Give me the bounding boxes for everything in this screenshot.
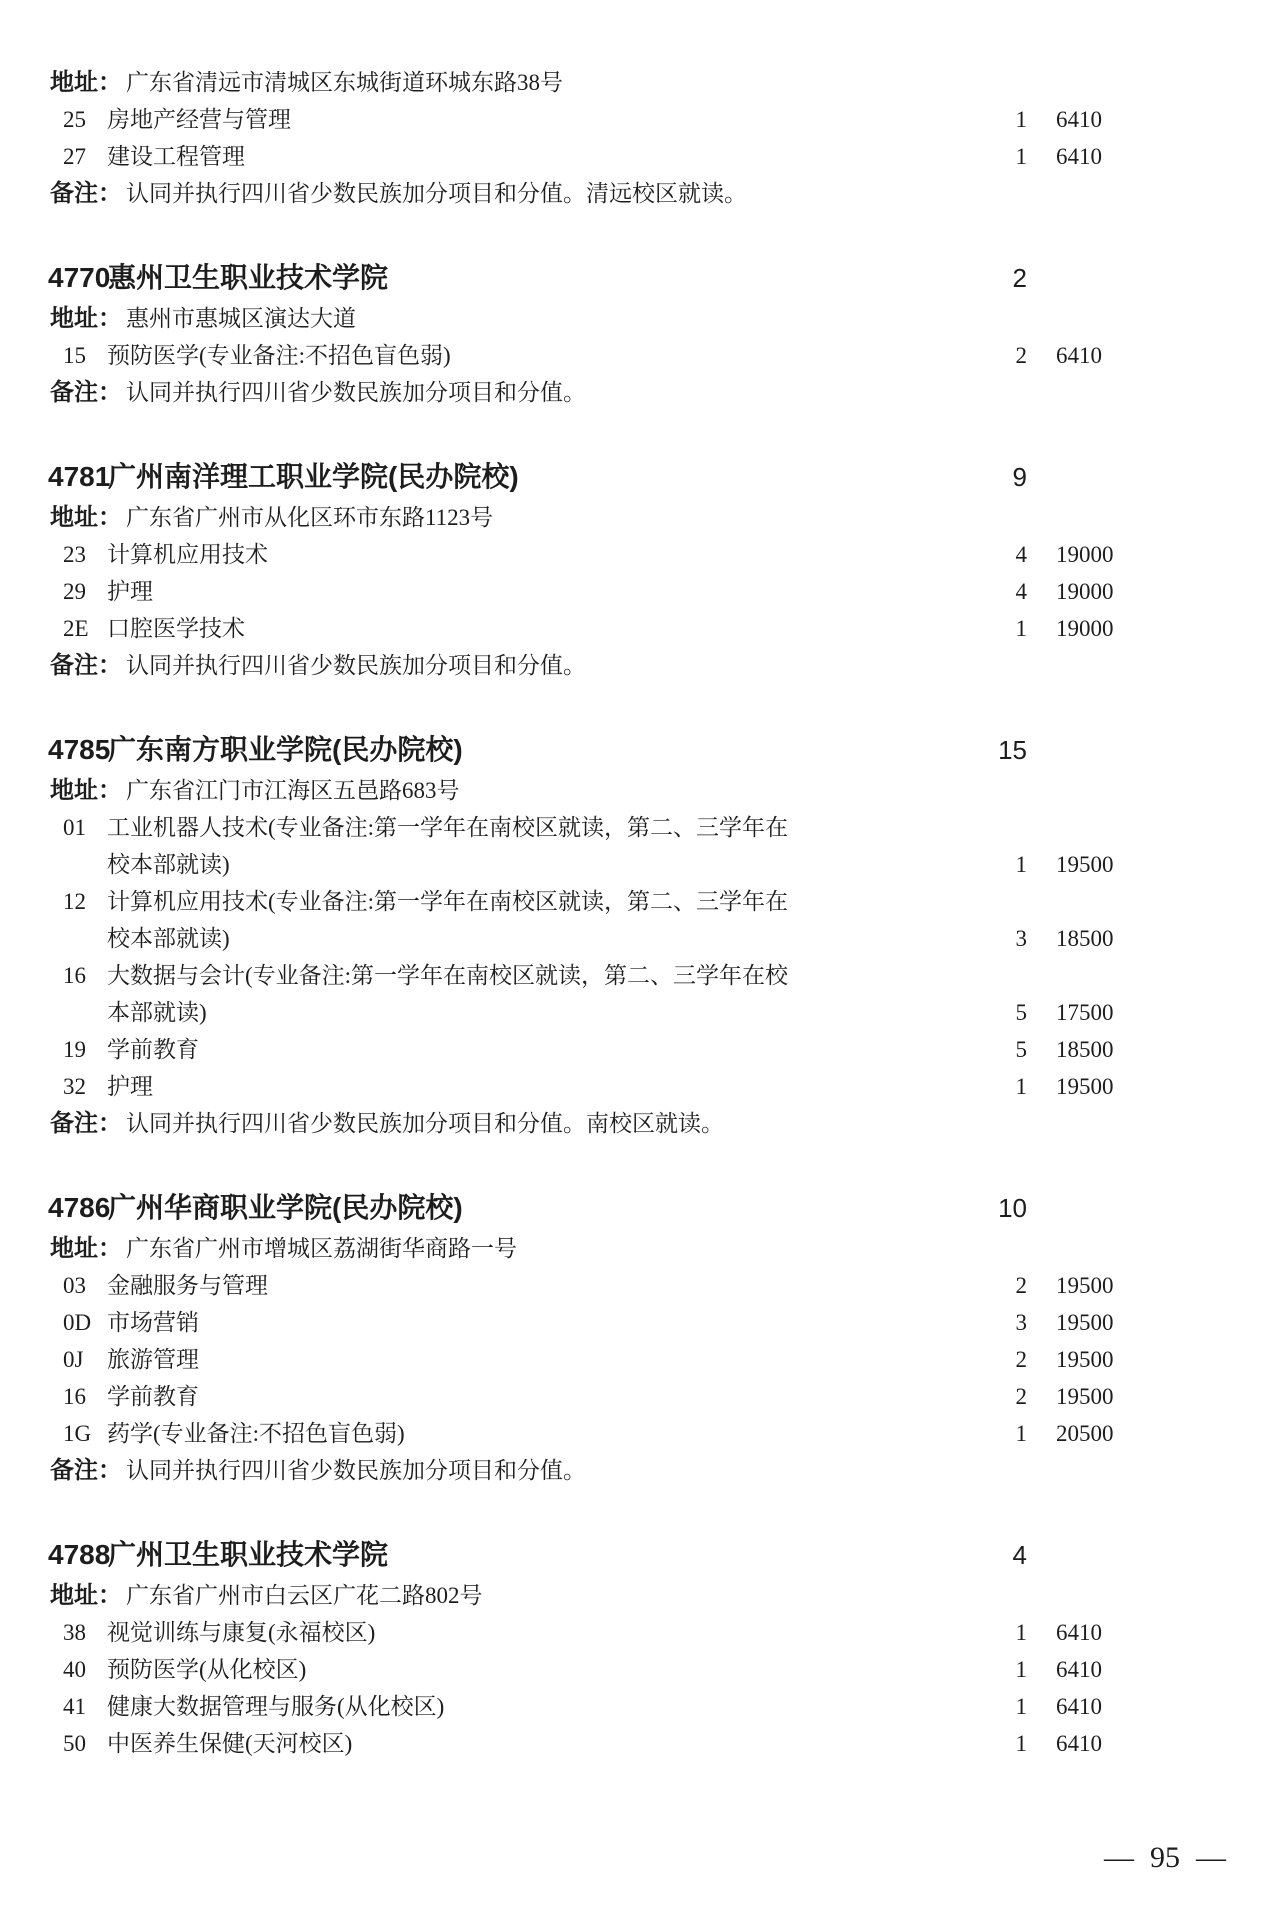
major-code: 01 (63, 809, 86, 846)
school-header-row: 4781广州南洋理工职业学院(民办院校)9 (0, 455, 1270, 499)
major-name: 视觉训练与康复(永福校区) (107, 1620, 375, 1645)
major-name: 市场营销 (107, 1310, 199, 1335)
major-row: 50中医养生保健(天河校区)16410 (0, 1725, 1270, 1762)
major-row: 0D市场营销319500 (0, 1304, 1270, 1341)
major-row: 25房地产经营与管理16410 (0, 101, 1270, 138)
school-code: 4786 (48, 1186, 108, 1230)
major-code: 03 (63, 1267, 86, 1304)
remark-text: 认同并执行四川省少数民族加分项目和分值。南校区就读。 (126, 1111, 724, 1136)
major-main: 32护理 (0, 1068, 797, 1105)
address-row: 地址：广东省江门市江海区五邑路683号 (0, 772, 1270, 809)
major-row: 29护理419000 (0, 573, 1270, 610)
major-code: 0D (63, 1304, 91, 1341)
remark-label: 备注： (50, 1110, 122, 1137)
remark-row: 备注：认同并执行四川省少数民族加分项目和分值。 (0, 374, 1270, 411)
address-row: 地址：广东省广州市白云区广花二路802号 (0, 1577, 1270, 1614)
school-section: 地址：广东省清远市清城区东城街道环城东路38号25房地产经营与管理1641027… (0, 64, 1270, 212)
remark-label: 备注： (50, 180, 122, 207)
major-count: 1 (797, 101, 1027, 138)
address-row: 地址：广东省广州市增城区荔湖街华商路一号 (0, 1230, 1270, 1267)
remark-label: 备注： (50, 652, 122, 679)
major-code: 50 (63, 1725, 86, 1762)
school-code: 4788 (48, 1533, 108, 1577)
major-count: 2 (797, 1267, 1027, 1304)
address-main: 地址：广东省江门市江海区五邑路683号 (0, 772, 1270, 809)
address-label: 地址： (50, 504, 122, 531)
major-count: 1 (797, 1614, 1027, 1651)
major-code: 16 (63, 957, 86, 994)
major-count: 4 (797, 573, 1027, 610)
major-main: 0J旅游管理 (0, 1341, 797, 1378)
major-code: 2E (63, 610, 89, 647)
major-count: 2 (797, 337, 1027, 374)
major-row: 38视觉训练与康复(永福校区)16410 (0, 1614, 1270, 1651)
address-label: 地址： (50, 777, 122, 804)
major-fee: 18500 (1027, 1031, 1140, 1068)
school-total: 4 (797, 1533, 1027, 1577)
remark-label: 备注： (50, 379, 122, 406)
major-fee: 19500 (1027, 846, 1140, 883)
major-count: 2 (797, 1378, 1027, 1415)
remark-main: 备注：认同并执行四川省少数民族加分项目和分值。 (0, 1452, 1270, 1489)
major-code: 40 (63, 1651, 86, 1688)
major-name: 中医养生保健(天河校区) (107, 1731, 352, 1756)
major-code: 27 (63, 138, 86, 175)
school-section: 4786广州华商职业学院(民办院校)10地址：广东省广州市增城区荔湖街华商路一号… (0, 1186, 1270, 1489)
major-fee: 6410 (1027, 1725, 1140, 1762)
major-name: 预防医学(从化校区) (107, 1657, 306, 1682)
major-count: 1 (797, 1068, 1027, 1105)
school-total: 9 (797, 455, 1027, 499)
major-name: 大数据与会计(专业备注:第一学年在南校区就读，第二、三学年在校本部就读) (107, 963, 788, 1025)
major-fee: 6410 (1027, 101, 1140, 138)
major-row: 0J旅游管理219500 (0, 1341, 1270, 1378)
major-code: 32 (63, 1068, 86, 1105)
major-fee: 6410 (1027, 1651, 1140, 1688)
school-header-main: 4781广州南洋理工职业学院(民办院校) (0, 455, 797, 499)
major-main: 12计算机应用技术(专业备注:第一学年在南校区就读，第二、三学年在校本部就读) (0, 883, 797, 957)
address-main: 地址：广东省广州市增城区荔湖街华商路一号 (0, 1230, 1270, 1267)
address-text: 惠州市惠城区演达大道 (126, 306, 356, 331)
school-section: 4770惠州卫生职业技术学院2地址：惠州市惠城区演达大道15预防医学(专业备注:… (0, 256, 1270, 411)
major-count: 4 (797, 536, 1027, 573)
school-header-main: 4785广东南方职业学院(民办院校) (0, 728, 797, 772)
remark-text: 认同并执行四川省少数民族加分项目和分值。 (126, 1458, 586, 1483)
major-code: 1G (63, 1415, 91, 1452)
remark-row: 备注：认同并执行四川省少数民族加分项目和分值。清远校区就读。 (0, 175, 1270, 212)
major-count: 5 (797, 994, 1027, 1031)
major-code: 25 (63, 101, 86, 138)
remark-main: 备注：认同并执行四川省少数民族加分项目和分值。清远校区就读。 (0, 175, 1270, 212)
school-header-main: 4788广州卫生职业技术学院 (0, 1533, 797, 1577)
major-name: 口腔医学技术 (107, 616, 245, 641)
major-fee: 19000 (1027, 573, 1140, 610)
school-section: 4781广州南洋理工职业学院(民办院校)9地址：广东省广州市从化区环市东路112… (0, 455, 1270, 684)
major-main: 01工业机器人技术(专业备注:第一学年在南校区就读，第二、三学年在校本部就读) (0, 809, 797, 883)
major-main: 29护理 (0, 573, 797, 610)
major-fee: 19500 (1027, 1267, 1140, 1304)
address-text: 广东省广州市白云区广花二路802号 (126, 1583, 483, 1608)
major-main: 50中医养生保健(天河校区) (0, 1725, 797, 1762)
school-total: 2 (797, 256, 1027, 300)
school-name: 广州南洋理工职业学院(民办院校) (108, 461, 519, 492)
major-row: 32护理119500 (0, 1068, 1270, 1105)
address-label: 地址： (50, 305, 122, 332)
address-row: 地址：广东省清远市清城区东城街道环城东路38号 (0, 64, 1270, 101)
major-main: 16学前教育 (0, 1378, 797, 1415)
major-count: 3 (797, 1304, 1027, 1341)
major-name: 金融服务与管理 (107, 1273, 268, 1298)
major-name: 护理 (107, 579, 153, 604)
school-name: 广州华商职业学院(民办院校) (108, 1192, 463, 1223)
address-main: 地址：广东省广州市白云区广花二路802号 (0, 1577, 1270, 1614)
address-label: 地址： (50, 1582, 122, 1609)
remark-text: 认同并执行四川省少数民族加分项目和分值。 (126, 380, 586, 405)
major-fee: 20500 (1027, 1415, 1140, 1452)
address-label: 地址： (50, 69, 122, 96)
major-row: 1G药学(专业备注:不招色盲色弱)120500 (0, 1415, 1270, 1452)
major-row: 01工业机器人技术(专业备注:第一学年在南校区就读，第二、三学年在校本部就读)1… (0, 809, 1270, 883)
major-fee: 19500 (1027, 1068, 1140, 1105)
major-count: 1 (797, 138, 1027, 175)
major-count: 3 (797, 920, 1027, 957)
school-header-main: 4770惠州卫生职业技术学院 (0, 256, 797, 300)
major-main: 0D市场营销 (0, 1304, 797, 1341)
major-count: 1 (797, 1651, 1027, 1688)
address-label: 地址： (50, 1235, 122, 1262)
major-count: 1 (797, 1688, 1027, 1725)
major-row: 41健康大数据管理与服务(从化校区)16410 (0, 1688, 1270, 1725)
major-main: 38视觉训练与康复(永福校区) (0, 1614, 797, 1651)
major-fee: 19500 (1027, 1341, 1140, 1378)
remark-row: 备注：认同并执行四川省少数民族加分项目和分值。 (0, 647, 1270, 684)
major-code: 19 (63, 1031, 86, 1068)
major-main: 41健康大数据管理与服务(从化校区) (0, 1688, 797, 1725)
major-name: 药学(专业备注:不招色盲色弱) (107, 1421, 405, 1446)
school-code: 4770 (48, 256, 108, 300)
major-row: 16学前教育219500 (0, 1378, 1270, 1415)
major-main: 27建设工程管理 (0, 138, 797, 175)
footer-dash-left: — (1104, 1838, 1134, 1878)
major-name: 房地产经营与管理 (107, 107, 291, 132)
major-fee: 19500 (1027, 1304, 1140, 1341)
document-body: 地址：广东省清远市清城区东城街道环城东路38号25房地产经营与管理1641027… (0, 0, 1270, 1762)
major-name: 预防医学(专业备注:不招色盲色弱) (107, 343, 451, 368)
major-main: 1G药学(专业备注:不招色盲色弱) (0, 1415, 797, 1452)
address-text: 广东省清远市清城区东城街道环城东路38号 (126, 70, 563, 95)
major-code: 38 (63, 1614, 86, 1651)
major-row: 2E口腔医学技术119000 (0, 610, 1270, 647)
major-code: 29 (63, 573, 86, 610)
major-row: 16大数据与会计(专业备注:第一学年在南校区就读，第二、三学年在校本部就读)51… (0, 957, 1270, 1031)
major-name: 旅游管理 (107, 1347, 199, 1372)
major-count: 2 (797, 1341, 1027, 1378)
major-code: 15 (63, 337, 86, 374)
major-fee: 6410 (1027, 337, 1140, 374)
major-code: 23 (63, 536, 86, 573)
school-name: 惠州卫生职业技术学院 (108, 262, 388, 293)
remark-text: 认同并执行四川省少数民族加分项目和分值。清远校区就读。 (126, 181, 747, 206)
major-name: 学前教育 (107, 1384, 199, 1409)
major-name: 健康大数据管理与服务(从化校区) (107, 1694, 444, 1719)
remark-row: 备注：认同并执行四川省少数民族加分项目和分值。南校区就读。 (0, 1105, 1270, 1142)
school-total: 10 (797, 1186, 1027, 1230)
remark-text: 认同并执行四川省少数民族加分项目和分值。 (126, 653, 586, 678)
major-fee: 18500 (1027, 920, 1140, 957)
major-fee: 19000 (1027, 536, 1140, 573)
remark-main: 备注：认同并执行四川省少数民族加分项目和分值。南校区就读。 (0, 1105, 1270, 1142)
major-main: 25房地产经营与管理 (0, 101, 797, 138)
major-code: 12 (63, 883, 86, 920)
major-name: 护理 (107, 1074, 153, 1099)
school-header-row: 4786广州华商职业学院(民办院校)10 (0, 1186, 1270, 1230)
address-text: 广东省广州市从化区环市东路1123号 (126, 505, 493, 530)
major-main: 16大数据与会计(专业备注:第一学年在南校区就读，第二、三学年在校本部就读) (0, 957, 797, 1031)
remark-label: 备注： (50, 1457, 122, 1484)
major-count: 1 (797, 846, 1027, 883)
major-name: 建设工程管理 (107, 144, 245, 169)
major-name: 工业机器人技术(专业备注:第一学年在南校区就读，第二、三学年在校本部就读) (107, 815, 788, 877)
major-code: 41 (63, 1688, 86, 1725)
major-fee: 17500 (1027, 994, 1140, 1031)
major-fee: 19000 (1027, 610, 1140, 647)
school-name: 广州卫生职业技术学院 (108, 1539, 388, 1570)
school-code: 4781 (48, 455, 108, 499)
page-footer: — 95 — (1104, 1838, 1226, 1878)
address-text: 广东省江门市江海区五邑路683号 (126, 778, 460, 803)
footer-dash-right: — (1196, 1838, 1226, 1878)
major-count: 1 (797, 610, 1027, 647)
major-main: 40预防医学(从化校区) (0, 1651, 797, 1688)
address-text: 广东省广州市增城区荔湖街华商路一号 (126, 1236, 517, 1261)
major-main: 03金融服务与管理 (0, 1267, 797, 1304)
major-main: 2E口腔医学技术 (0, 610, 797, 647)
major-name: 计算机应用技术(专业备注:第一学年在南校区就读，第二、三学年在校本部就读) (107, 889, 788, 951)
major-main: 23计算机应用技术 (0, 536, 797, 573)
major-name: 学前教育 (107, 1037, 199, 1062)
major-row: 03金融服务与管理219500 (0, 1267, 1270, 1304)
major-count: 1 (797, 1415, 1027, 1452)
major-count: 5 (797, 1031, 1027, 1068)
remark-main: 备注：认同并执行四川省少数民族加分项目和分值。 (0, 374, 1270, 411)
major-main: 19学前教育 (0, 1031, 797, 1068)
school-section: 4785广东南方职业学院(民办院校)15地址：广东省江门市江海区五邑路683号0… (0, 728, 1270, 1142)
school-section: 4788广州卫生职业技术学院4地址：广东省广州市白云区广花二路802号38视觉训… (0, 1533, 1270, 1762)
major-main: 15预防医学(专业备注:不招色盲色弱) (0, 337, 797, 374)
address-row: 地址：广东省广州市从化区环市东路1123号 (0, 499, 1270, 536)
major-row: 23计算机应用技术419000 (0, 536, 1270, 573)
school-header-row: 4788广州卫生职业技术学院4 (0, 1533, 1270, 1577)
major-row: 27建设工程管理16410 (0, 138, 1270, 175)
major-fee: 19500 (1027, 1378, 1140, 1415)
major-fee: 6410 (1027, 1688, 1140, 1725)
address-main: 地址：广东省广州市从化区环市东路1123号 (0, 499, 1270, 536)
major-name: 计算机应用技术 (107, 542, 268, 567)
school-header-row: 4770惠州卫生职业技术学院2 (0, 256, 1270, 300)
major-row: 40预防医学(从化校区)16410 (0, 1651, 1270, 1688)
major-code: 0J (63, 1341, 83, 1378)
school-header-main: 4786广州华商职业学院(民办院校) (0, 1186, 797, 1230)
major-row: 15预防医学(专业备注:不招色盲色弱)26410 (0, 337, 1270, 374)
school-name: 广东南方职业学院(民办院校) (108, 734, 463, 765)
address-row: 地址：惠州市惠城区演达大道 (0, 300, 1270, 337)
page-number: 95 (1150, 1838, 1180, 1878)
major-row: 12计算机应用技术(专业备注:第一学年在南校区就读，第二、三学年在校本部就读)3… (0, 883, 1270, 957)
remark-main: 备注：认同并执行四川省少数民族加分项目和分值。 (0, 647, 1270, 684)
major-fee: 6410 (1027, 1614, 1140, 1651)
school-total: 15 (797, 728, 1027, 772)
school-header-row: 4785广东南方职业学院(民办院校)15 (0, 728, 1270, 772)
address-main: 地址：广东省清远市清城区东城街道环城东路38号 (0, 64, 1270, 101)
major-code: 16 (63, 1378, 86, 1415)
address-main: 地址：惠州市惠城区演达大道 (0, 300, 1270, 337)
major-fee: 6410 (1027, 138, 1140, 175)
major-count: 1 (797, 1725, 1027, 1762)
school-code: 4785 (48, 728, 108, 772)
major-row: 19学前教育518500 (0, 1031, 1270, 1068)
document-page: 地址：广东省清远市清城区东城街道环城东路38号25房地产经营与管理1641027… (0, 0, 1270, 1911)
remark-row: 备注：认同并执行四川省少数民族加分项目和分值。 (0, 1452, 1270, 1489)
